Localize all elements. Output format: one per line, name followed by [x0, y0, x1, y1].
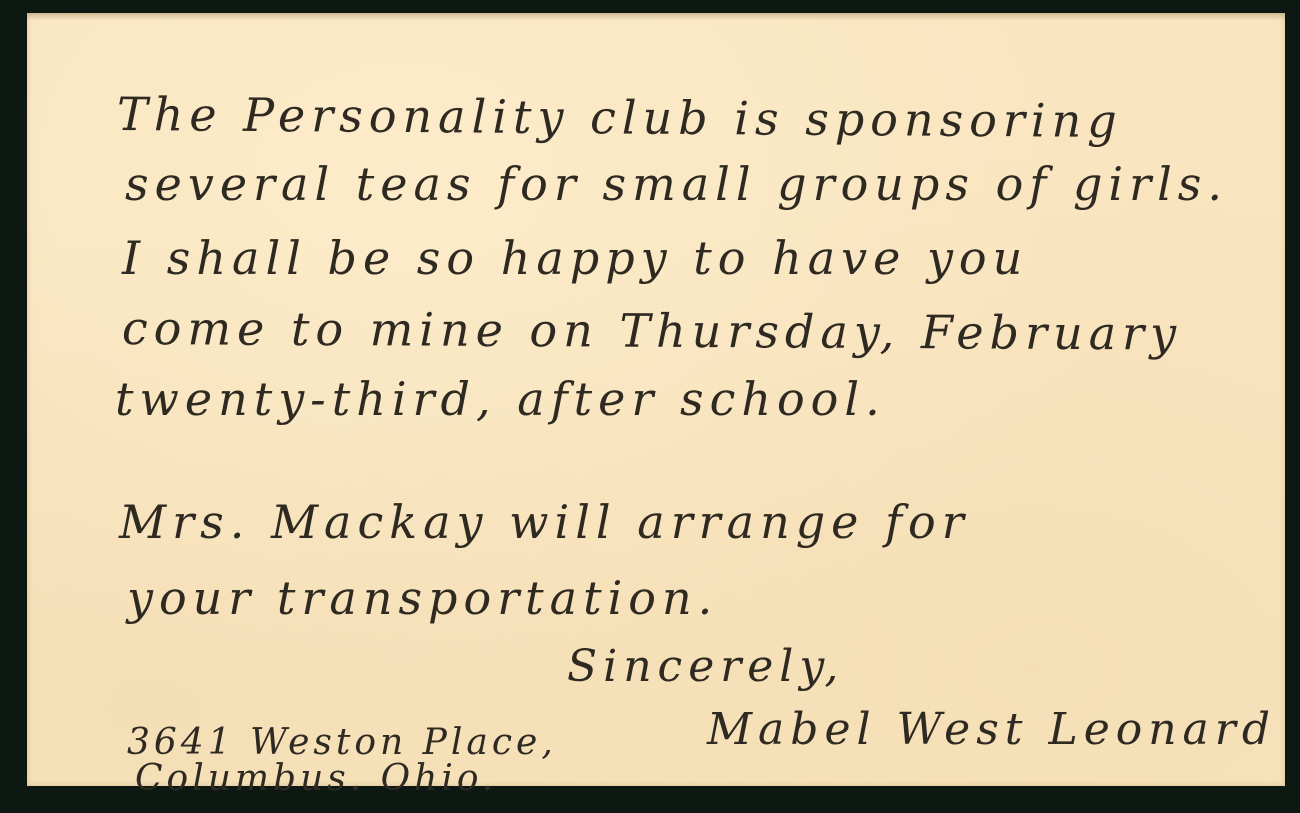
address-line-1: 3641 Weston Place,	[127, 725, 557, 761]
body-line-2: several teas for small groups of girls.	[125, 161, 1228, 207]
handwritten-card: The Personality club is sponsoring sever…	[27, 13, 1285, 786]
closing: Sincerely,	[567, 645, 844, 689]
body-line-3: I shall be so happy to have you	[122, 235, 1028, 281]
body-line-1: The Personality club is sponsoring	[117, 91, 1123, 144]
body-line-5: twenty-third, after school.	[115, 376, 886, 422]
body-line-7: your transportation.	[127, 575, 718, 621]
scan-background: The Personality club is sponsoring sever…	[0, 0, 1300, 813]
address-line-2: Columbus. Ohio.	[135, 761, 497, 797]
body-line-6: Mrs. Mackay will arrange for	[119, 499, 970, 545]
signature: Mabel West Leonard	[707, 708, 1276, 752]
body-line-4: come to mine on Thursday, February	[122, 305, 1182, 357]
